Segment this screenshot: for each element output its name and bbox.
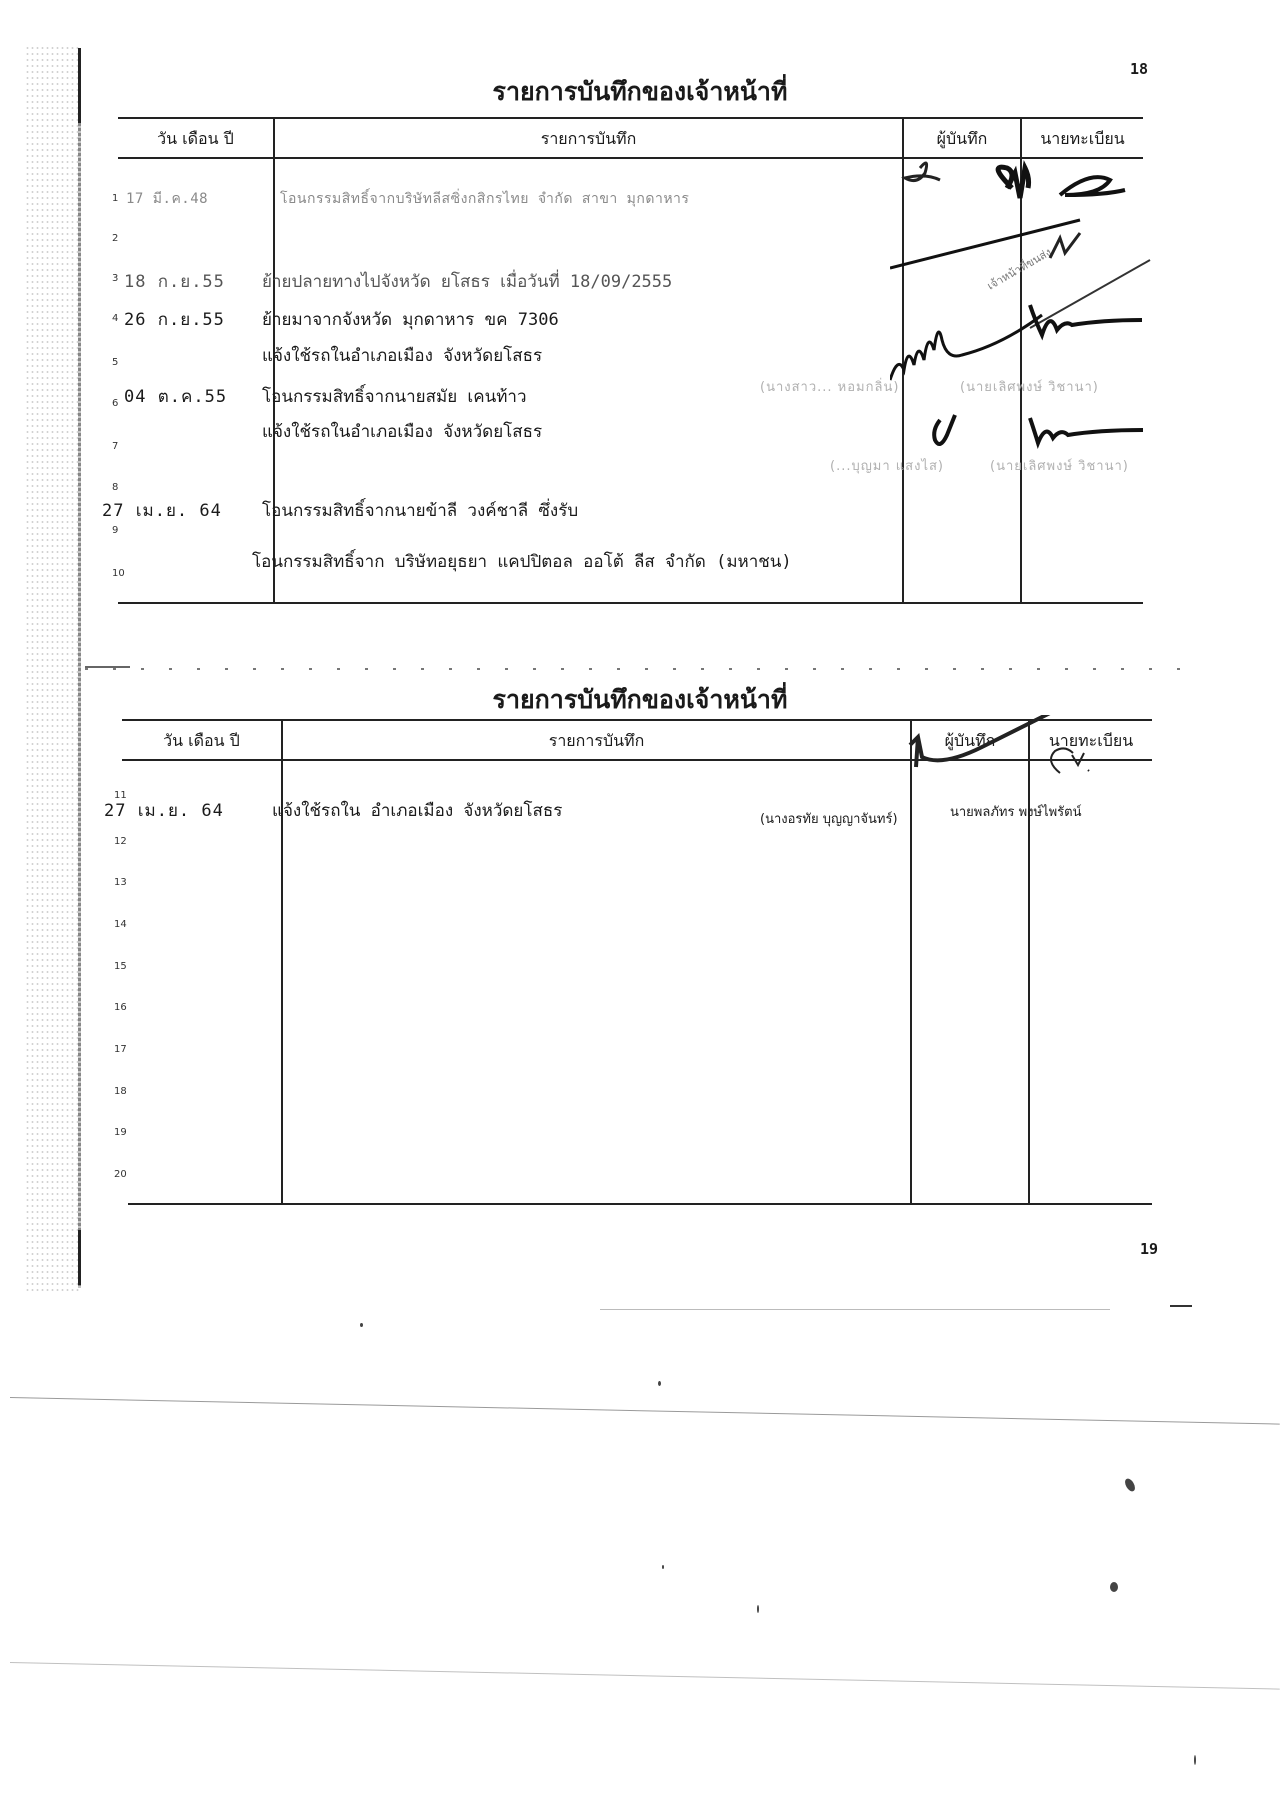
entry-text: โอนกรรมสิทธิ์จากนายสมัย เคนท้าว bbox=[262, 383, 527, 410]
row-number: 13 bbox=[114, 877, 127, 888]
entry-text: โอนกรรมสิทธิ์จากนายข้าลี วงค์ชาลี ซึ่งรั… bbox=[262, 497, 578, 524]
row-number: 6 bbox=[112, 398, 118, 409]
entry-date: 26 ก.ย.55 bbox=[124, 306, 225, 333]
signatures bbox=[900, 715, 1170, 795]
row-number: 20 bbox=[114, 1169, 127, 1180]
scan-speck bbox=[1123, 1477, 1137, 1493]
scan-speck bbox=[1110, 1582, 1118, 1592]
row-number: 16 bbox=[114, 1002, 127, 1013]
scan-edge-line bbox=[10, 1397, 1280, 1425]
binding-edge-mark bbox=[78, 1230, 81, 1285]
entry-date: 27 เม.ย. 64 bbox=[102, 497, 222, 524]
entry-text: ย้ายปลายทางไปจังหวัด ยโสธร เมื่อวันที่ 1… bbox=[262, 268, 672, 295]
printed-name-recorder: (นางอรทัย บุญญาจันทร์) bbox=[760, 808, 898, 829]
row-number: 4 bbox=[112, 313, 118, 324]
row-number: 7 bbox=[112, 441, 118, 452]
row-number: 18 bbox=[114, 1086, 127, 1097]
section-title-lower: รายการบันทึกของเจ้าหน้าที่ bbox=[0, 680, 1280, 720]
entry-text: แจ้งใช้รถในอำเภอเมือง จังหวัดยโสธร bbox=[262, 418, 542, 445]
row-number: 1 bbox=[112, 193, 118, 204]
page-number-bottom: 19 bbox=[1140, 1240, 1158, 1258]
column-header-date: วัน เดือน ปี bbox=[118, 127, 273, 152]
row-number: 2 bbox=[112, 233, 118, 244]
row-number: 3 bbox=[112, 273, 118, 284]
row-number: 10 bbox=[112, 568, 125, 579]
page-separator bbox=[85, 668, 1195, 670]
entry-text: โอนกรรมสิทธิ์จาก บริษัทอยุธยา แคปปิตอล อ… bbox=[252, 548, 792, 575]
column-header-record: รายการบันทึก bbox=[275, 127, 902, 152]
entry-date: 17 มี.ค.48 bbox=[126, 188, 208, 210]
column-header-record: รายการบันทึก bbox=[283, 729, 910, 754]
row-number: 15 bbox=[114, 961, 127, 972]
scan-speck bbox=[658, 1381, 661, 1386]
entry-text: โอนกรรมสิทธิ์จากบริษัทลีสซิ่งกสิกรไทย จำ… bbox=[280, 188, 689, 210]
scan-noise bbox=[25, 45, 80, 1295]
scan-noise-line bbox=[1170, 1305, 1192, 1307]
entry-date: 18 ก.ย.55 bbox=[124, 268, 225, 295]
scan-edge-line bbox=[10, 1662, 1280, 1690]
column-header-registrar: นายทะเบียน bbox=[1022, 127, 1143, 152]
entry-date: 04 ต.ค.55 bbox=[124, 383, 227, 410]
entry-text: แจ้งใช้รถใน อำเภอเมือง จังหวัดยโสธร bbox=[272, 797, 562, 824]
printed-name-recorder: (นางสาว... หอมกลิ่น) bbox=[760, 376, 899, 397]
entry-text: ย้ายมาจากจังหวัด มุกดาหาร ขค 7306 bbox=[262, 306, 559, 333]
signatures-and-stamp: เจ้าหน้าที่ขนส่ง bbox=[890, 150, 1180, 480]
row-number: 9 bbox=[112, 525, 118, 536]
scan-noise-line bbox=[600, 1309, 1110, 1310]
column-header-recorder: ผู้บันทึก bbox=[904, 127, 1020, 152]
binding-edge bbox=[78, 48, 81, 1288]
row-number: 8 bbox=[112, 482, 118, 493]
scan-speck bbox=[360, 1323, 363, 1327]
row-number: 12 bbox=[114, 836, 127, 847]
section-title-upper: รายการบันทึกของเจ้าหน้าที่ bbox=[0, 72, 1280, 112]
scan-speck bbox=[662, 1565, 664, 1569]
row-number: 17 bbox=[114, 1044, 127, 1055]
row-number: 19 bbox=[114, 1127, 127, 1138]
svg-text:เจ้าหน้าที่ขนส่ง: เจ้าหน้าที่ขนส่ง bbox=[984, 244, 1054, 293]
row-number: 5 bbox=[112, 357, 118, 368]
scan-speck bbox=[1194, 1755, 1196, 1765]
column-header-date: วัน เดือน ปี bbox=[122, 729, 281, 754]
scan-speck bbox=[757, 1605, 759, 1613]
printed-name-registrar: นายพลภัทร พงษ์ไพรัตน์ bbox=[950, 801, 1082, 822]
entry-text: แจ้งใช้รถในอำเภอเมือง จังหวัดยโสธร bbox=[262, 342, 542, 369]
entry-date: 27 เม.ย. 64 bbox=[104, 797, 224, 824]
row-number: 14 bbox=[114, 919, 127, 930]
